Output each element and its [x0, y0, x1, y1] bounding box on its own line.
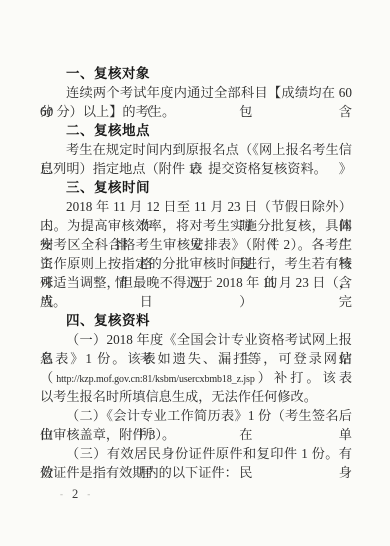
paragraph-line: 连续两个考试年度内通过全部科目【成绩均在 60 分（包含: [40, 83, 352, 102]
url-line-prefix: （: [40, 370, 56, 385]
section-heading: 三、复核时间: [40, 178, 352, 197]
paragraph-line: （http://kzp.mof.gov.cn:81/ksbm/usercxbmb…: [40, 368, 352, 387]
paragraph-line: 以考生报名时所填信息生成，无法作任何修改。: [40, 387, 352, 406]
page-number: - 2 -: [60, 487, 140, 502]
paragraph-line: （一）2018 年度《全国会计专业资格考试网上报名考生信: [40, 330, 352, 349]
page-number-dash-right: -: [87, 490, 90, 499]
document-body: 一、复核对象连续两个考试年度内通过全部科目【成绩均在 60 分（包含60 分）以…: [40, 64, 352, 482]
paragraph-line: 内。为提高审核效率，将对考生实施分批复核，具体安排见《广: [40, 216, 352, 235]
page-number-value: 2: [72, 487, 78, 502]
paragraph-line: （二）《会计专业工作简历表》1 份（考生签名后由所在单: [40, 406, 352, 425]
paragraph-line: （三）有效居民身份证件原件和复印件 1 份。有效居民身: [40, 444, 352, 463]
paragraph-line: 可适当调整，但最晚不得迟于 2018 年 11 月 23 日（含当日）完: [40, 273, 352, 292]
paragraph-line: 息表》1 份。该表如遗失、漏打等，可登录网站: [40, 349, 352, 368]
section-heading: 一、复核对象: [40, 64, 352, 83]
section-heading: 二、复核地点: [40, 121, 352, 140]
paragraph-line: 工作原则上按指定的分批审核时间进行，考生若有特殊情况的，: [40, 254, 352, 273]
url-text: http://kzp.mof.gov.cn:81/ksbm/usercxbmb1…: [56, 374, 255, 385]
paragraph-line: 州考区全科合格考生审核安排表》（附件 2）。各考生资格复核: [40, 235, 352, 254]
paragraph-line: 2018 年 11 月 12 日至 11 月 23 日（节假日除外）工作时间: [40, 197, 352, 216]
document-page: 一、复核对象连续两个考试年度内通过全部科目【成绩均在 60 分（包含60 分）以…: [0, 0, 390, 546]
section-heading: 四、复核资料: [40, 311, 352, 330]
paragraph-line: 已列明）指定地点（附件 1）提交资格复核资料。: [40, 159, 352, 178]
page-number-dash-left: -: [60, 490, 63, 499]
url-line-suffix: ）补打。该表: [255, 370, 352, 385]
paragraph-line: 考生在规定时间内到原报名点（《网上报名考生信息表》: [40, 140, 352, 159]
